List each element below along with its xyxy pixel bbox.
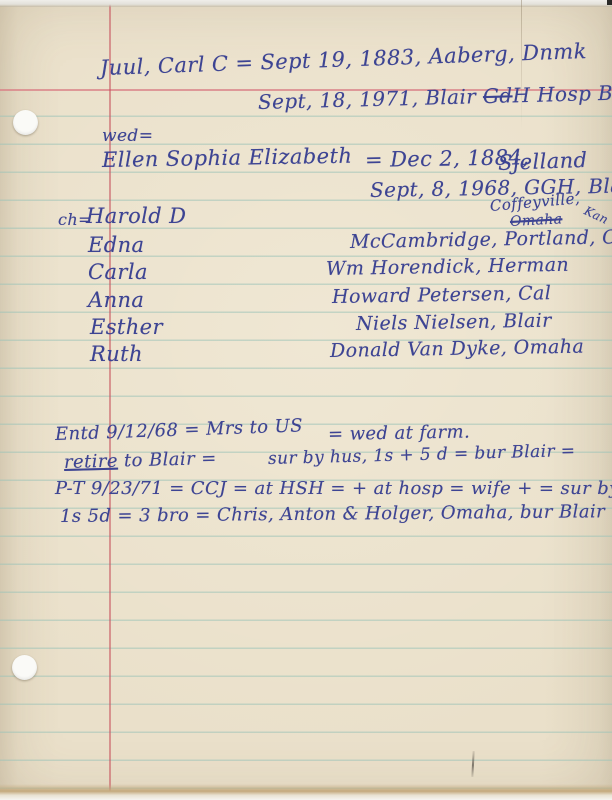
retire-rest: to Blair = [118,448,217,472]
child-spouse: Donald Van Dyke, Omaha [330,336,585,362]
child-name: Ruth [90,342,143,366]
child-spouse: McCambridge, Portland, Ore [350,226,612,253]
scan-corner-notch [607,0,612,5]
wed-label: wed= [102,126,153,146]
scan-edge-bottom [0,784,612,800]
notebook-page: Juul, Carl C = Sept 19, 1883, Aaberg, Dn… [0,0,612,800]
spouse-name: Ellen Sophia Elizabeth [102,144,353,172]
child-spouse: Niels Nielsen, Blair [356,310,552,335]
child-spouse: Howard Petersen, Cal [332,282,552,308]
child-name: Anna [88,288,144,312]
hole-punch-top [13,110,38,135]
death-line-post: H Hosp Blair [512,80,612,108]
subject-name-birth-line: Juul, Carl C = Sept 19, 1883, Aaberg, Dn… [100,39,588,80]
child-name: Esther [90,315,163,339]
death-line-struck-word: Gd [483,83,513,108]
retire-word: retire [64,451,118,473]
spouse-birthplace: Sjelland [498,148,588,175]
left-margin-rule [109,0,111,800]
retire-note: retire to Blair = [64,448,217,473]
child-name: Harold D [86,204,186,228]
hole-punch-bottom [12,655,37,680]
child-name: Carla [88,260,148,284]
wed-at-farm-note: = wed at farm. [328,422,471,445]
obituary-note: P-T 9/23/71 = CCJ = at HSH = + at hosp =… [55,478,612,499]
child-spouse: Wm Horendick, Herman [326,254,569,280]
child-name: Edna [88,233,144,257]
